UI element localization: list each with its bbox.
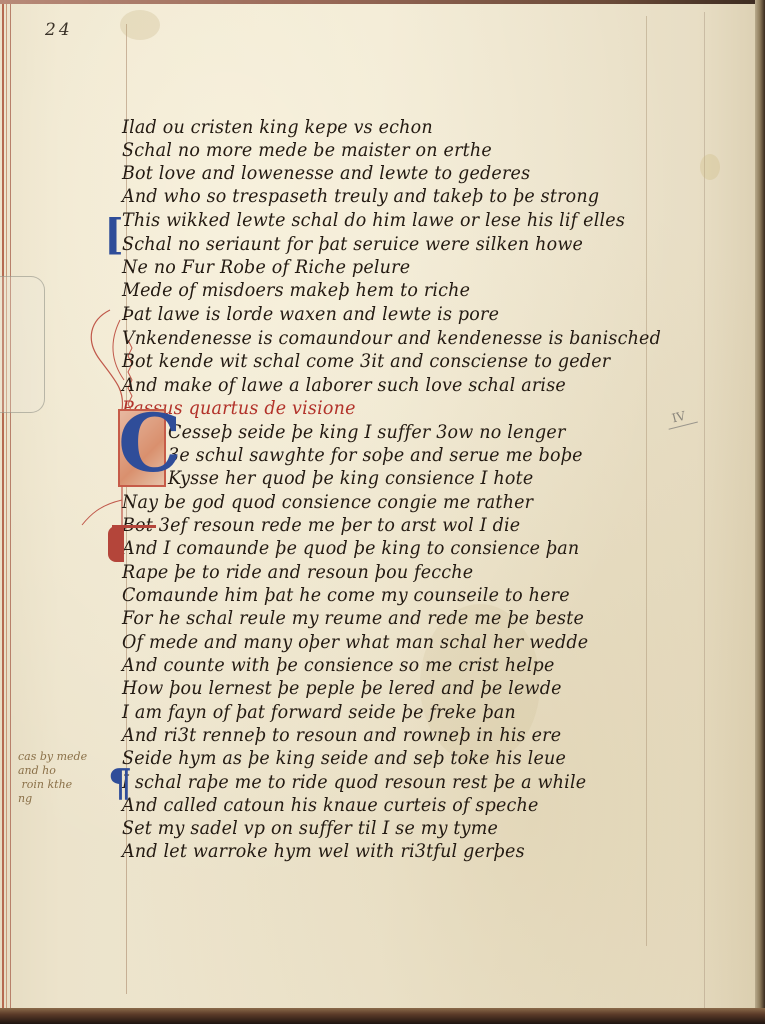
text-line: Bot love and lowenesse and lewte to gede… bbox=[122, 164, 530, 185]
text-line: Bot kende wit schal come 3it and conscie… bbox=[122, 352, 610, 373]
text-line: Bot 3ef resoun rede me þer to arst wol I… bbox=[122, 516, 520, 537]
text-line: How þou lernest þe peple þe lered and þe… bbox=[122, 679, 562, 700]
text-line: And ri3t renneþ to resoun and rowneþ in … bbox=[122, 726, 561, 747]
page-bottom-edge bbox=[0, 1008, 765, 1024]
red-paraph-mark-icon bbox=[108, 526, 124, 562]
text-line: Ilad ou cristen king kepe vs echon bbox=[122, 118, 433, 139]
manuscript-page: 24 Ilad ou cristen king kepe vs echon Sc… bbox=[0, 4, 757, 1014]
bookmark-tab bbox=[0, 276, 45, 413]
text-line: And counte with þe consience so me crist… bbox=[122, 656, 555, 677]
text-line: I schal raþe me to ride quod resoun rest… bbox=[122, 773, 586, 794]
text-line: Schal no more mede be maister on erthe bbox=[122, 141, 492, 162]
folio-number: 24 bbox=[45, 20, 73, 40]
text-line: For he schal reule my reume and rede me … bbox=[122, 609, 584, 630]
text-line: Mede of misdoers makeþ hem to riche bbox=[122, 281, 470, 302]
text-line: Ne no Fur Robe of Riche pelure bbox=[122, 258, 410, 279]
text-line: Schal no seriaunt for þat seruice were s… bbox=[122, 235, 583, 256]
text-line: Vnkendenesse is comaundour and kendeness… bbox=[122, 329, 661, 350]
text-line: Comaunde him þat he come my counseile to… bbox=[122, 586, 570, 607]
blue-paraph-mark-icon: [ bbox=[104, 210, 124, 259]
page-right-edge bbox=[755, 0, 765, 1024]
marginal-annotation: cas by mede and ho roin kthe ng bbox=[18, 750, 118, 806]
text-line: Þat lawe is lorde waxen and lewte is por… bbox=[122, 305, 499, 326]
text-line: And I comaunde þe quod þe king to consie… bbox=[122, 539, 579, 560]
text-line: And let warroke hym wel with ri3tful ger… bbox=[122, 842, 525, 863]
decorated-initial-c: C bbox=[118, 400, 170, 490]
binding-rule-line bbox=[6, 4, 7, 1012]
text-line: Nay be god quod consience congie me rath… bbox=[122, 493, 533, 514]
text-line: And who so trespaseth treuly and takeþ t… bbox=[122, 187, 599, 208]
text-line: And make of lawe a laborer such love sch… bbox=[122, 376, 566, 397]
binding-rule-line bbox=[2, 4, 4, 1012]
parchment-stain bbox=[120, 10, 160, 40]
text-line: Cesseþ seide þe king I suffer 3ow no len… bbox=[168, 423, 566, 444]
binding-rule-line bbox=[10, 4, 11, 1012]
text-line: Of mede and many oþer what man schal her… bbox=[122, 633, 588, 654]
text-line: 3e schul sawghte for soþe and serue me b… bbox=[168, 446, 583, 467]
text-line: Set my sadel vp on suffer til I se my ty… bbox=[122, 819, 498, 840]
text-line: Rape þe to ride and resoun þou fecche bbox=[122, 563, 473, 584]
text-line: I am fayn of þat forward seide þe freke … bbox=[122, 703, 516, 724]
text-line: This wikked lewte schal do him lawe or l… bbox=[122, 211, 625, 232]
text-line: And called catoun his knaue curteis of s… bbox=[122, 796, 539, 817]
text-line: Seide hym as þe king seide and seþ toke … bbox=[122, 749, 566, 770]
text-line: Kysse her quod þe king consience I hote bbox=[168, 469, 533, 490]
